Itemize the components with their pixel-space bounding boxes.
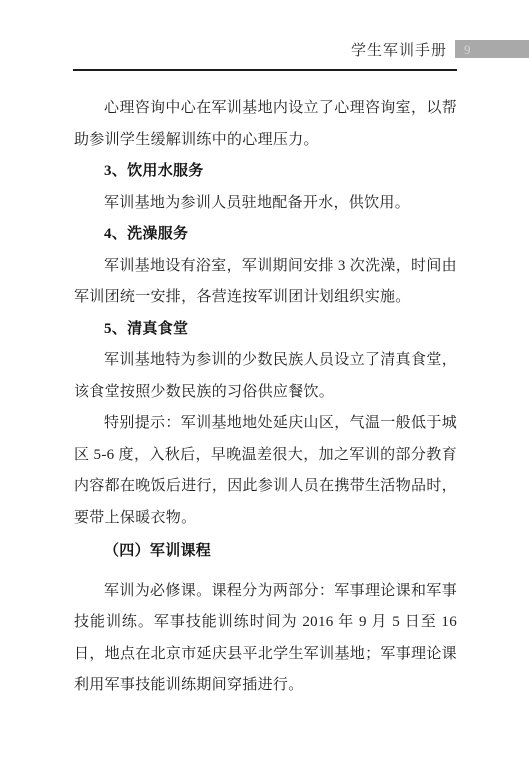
running-head-title: 学生军训手册 <box>351 39 447 60</box>
page-header: 学生军训手册 9 <box>0 40 529 58</box>
document-page: 学生军训手册 9 心理咨询中心在军训基地内设立了心理咨询室，以帮助参训学生缓解训… <box>0 0 529 768</box>
section-heading-training-courses: （四）军训课程 <box>74 536 457 568</box>
subsection-heading-bathing: 4、洗澡服务 <box>74 219 457 251</box>
paragraph-drinking-water: 军训基地为参训人员驻地配备开水，供饮用。 <box>74 188 457 220</box>
paragraph-special-notice: 特别提示：军训基地地处延庆山区，气温一般低于城区 5-6 度，入秋后，早晚温差很… <box>74 408 457 534</box>
page-body: 心理咨询中心在军训基地内设立了心理咨询室，以帮助参训学生缓解训练中的心理压力。 … <box>74 71 457 702</box>
subsection-heading-halal-canteen: 5、清真食堂 <box>74 314 457 346</box>
paragraph-training-courses: 军训为必修课。课程分为两部分：军事理论课和军事技能训练。军事技能训练时间为 20… <box>74 576 457 702</box>
paragraph-bathing: 军训基地设有浴室，军训期间安排 3 次洗澡，时间由军训团统一安排，各营连按军训团… <box>74 251 457 314</box>
page-number: 9 <box>464 43 471 56</box>
paragraph-halal-canteen: 军训基地特为参训的少数民族人员设立了清真食堂，该食堂按照少数民族的习俗供应餐饮。 <box>74 345 457 408</box>
subsection-heading-drinking-water: 3、饮用水服务 <box>74 156 457 188</box>
paragraph-psych-counseling: 心理咨询中心在军训基地内设立了心理咨询室，以帮助参训学生缓解训练中的心理压力。 <box>74 93 457 156</box>
page-number-badge: 9 <box>455 40 529 58</box>
